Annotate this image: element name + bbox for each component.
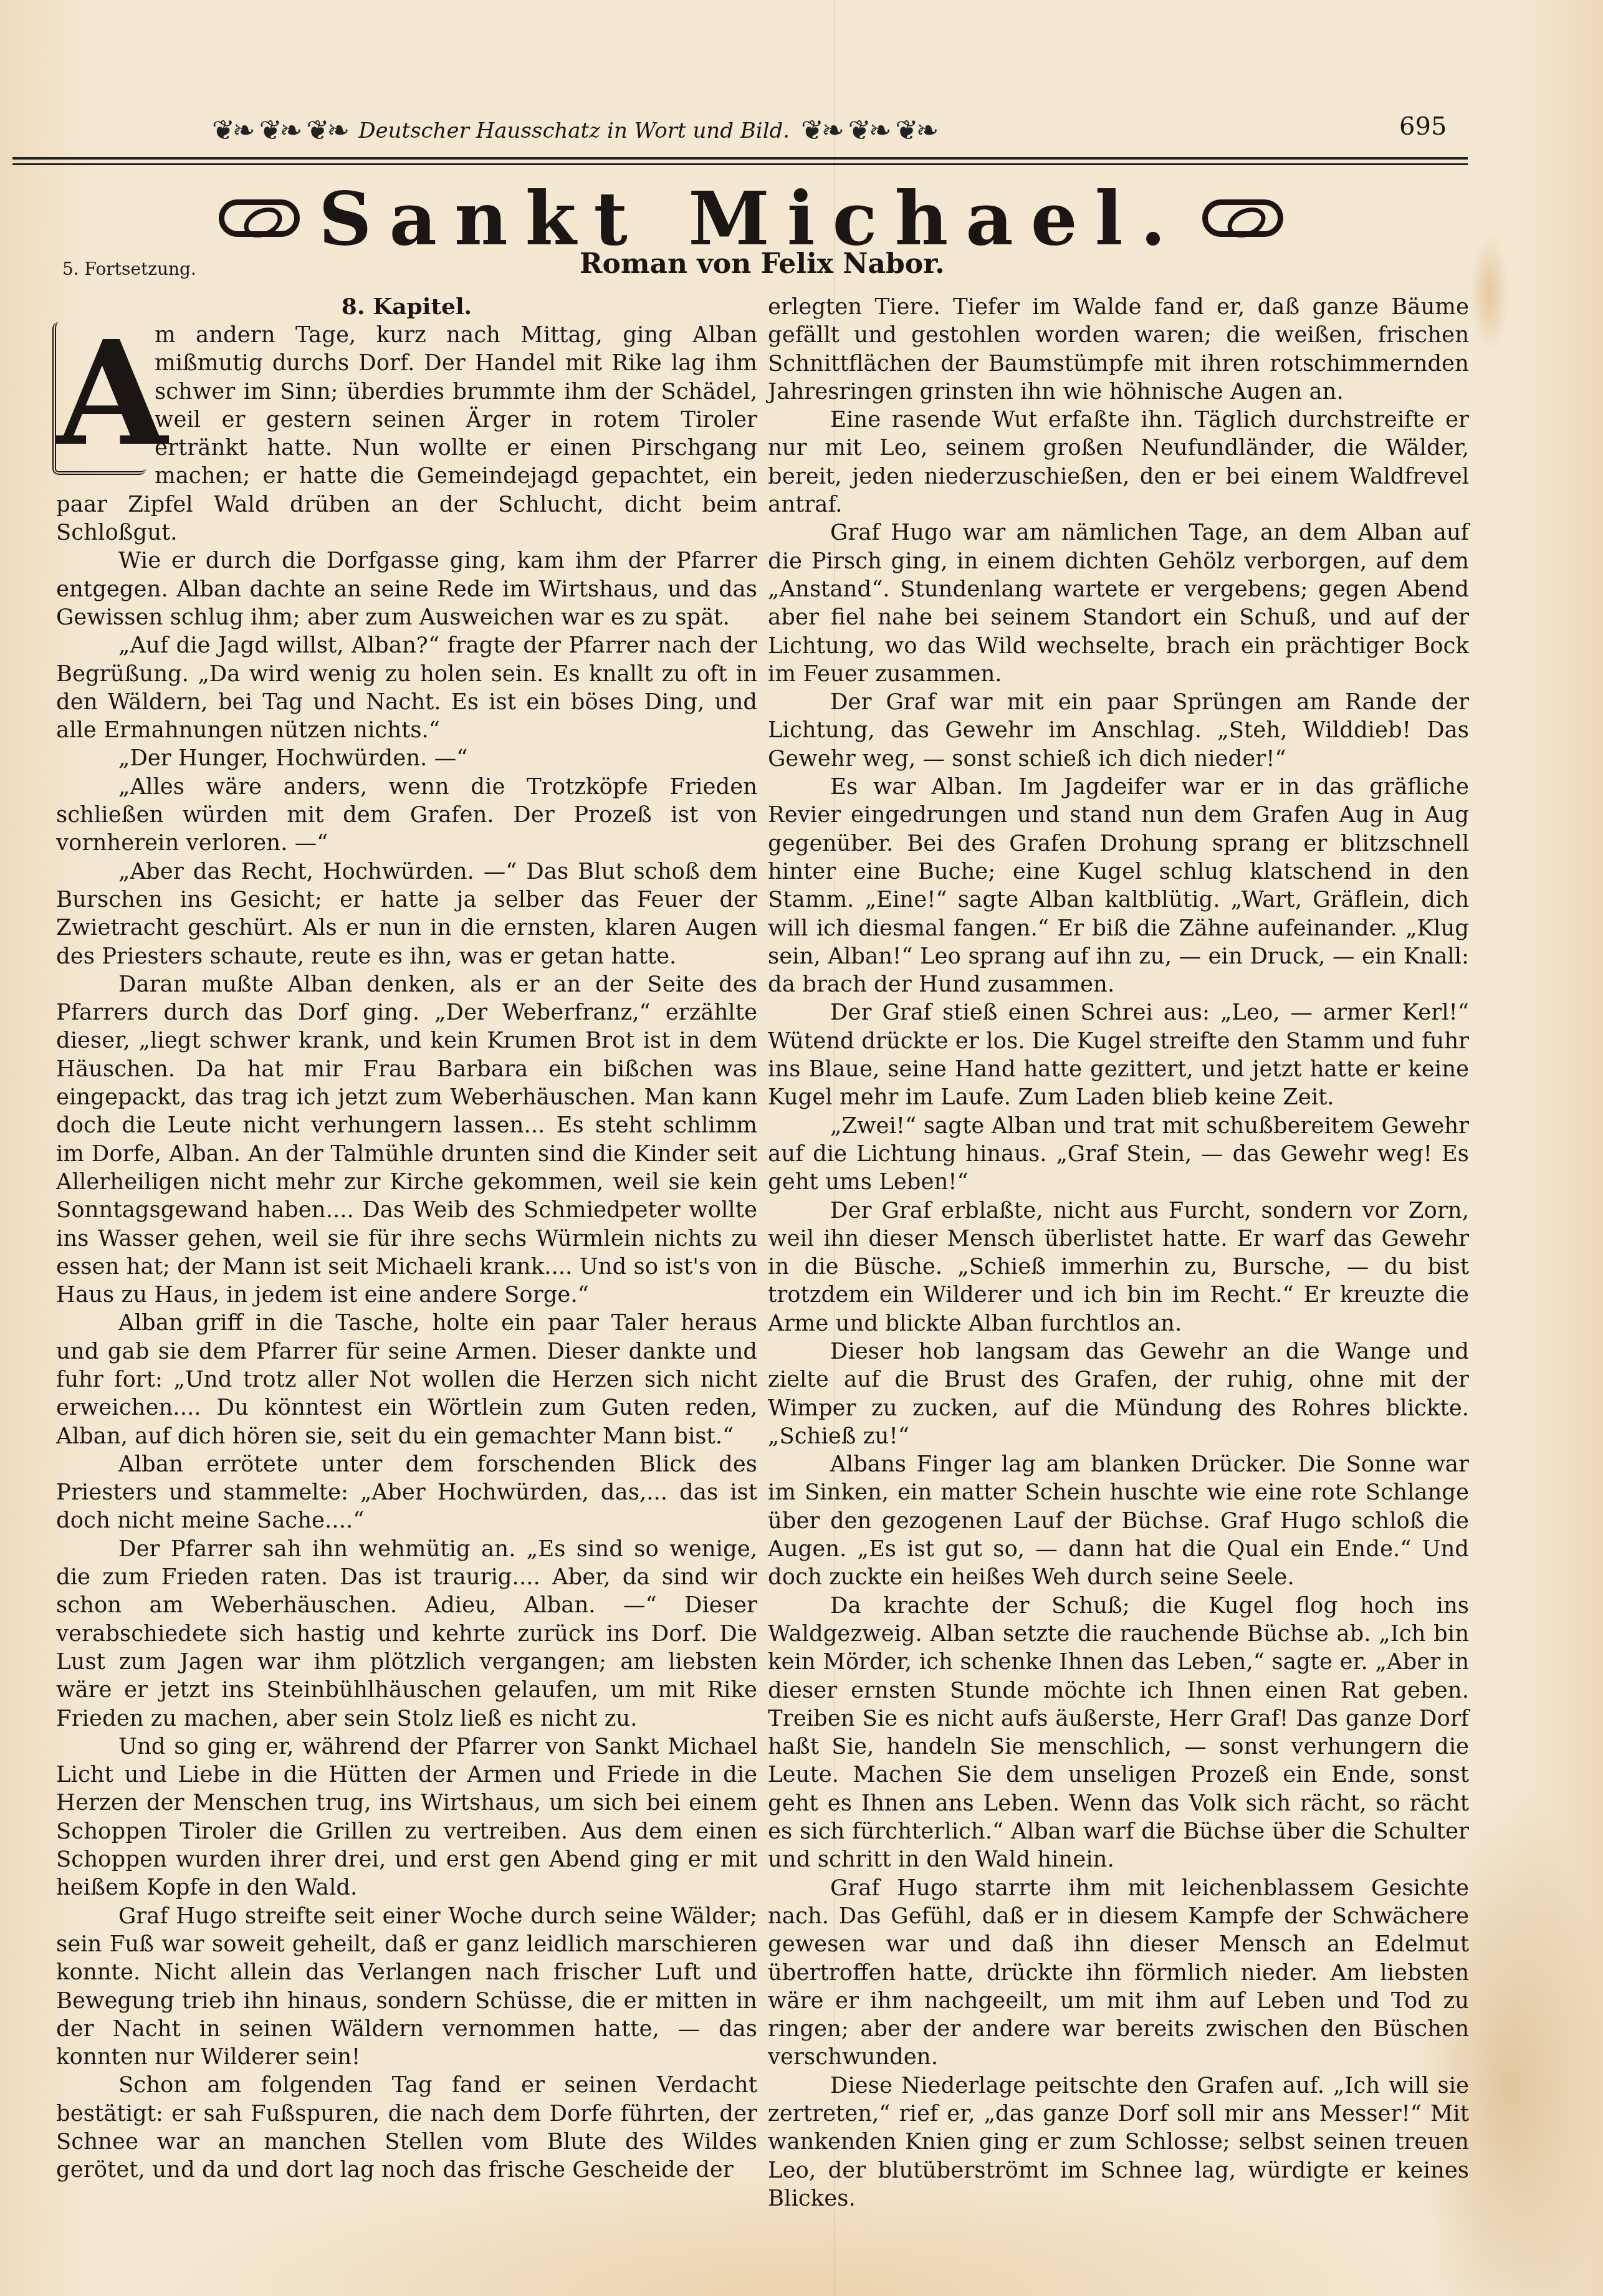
continuation-paragraph: erlegten Tiere. Tiefer im Walde fand er,…: [768, 293, 1469, 406]
ornament-right-icon: ❦❧ ❦❧ ❦❧: [801, 117, 936, 145]
installment-label: 5. Fortsetzung.: [62, 259, 196, 279]
paragraph: „Aber das Recht, Hochwürden. —“ Das Blut…: [56, 858, 757, 970]
journal-title: Deutscher Hausschatz in Wort und Bild.: [358, 118, 790, 143]
paragraph: Es war Alban. Im Jagdeifer war er in das…: [768, 773, 1469, 998]
page-number: 695: [1399, 112, 1447, 141]
running-header: ❦❧ ❦❧ ❦❧ Deutscher Hausschatz in Wort un…: [212, 112, 1458, 150]
paragraph: Graf Hugo starrte ihm mit leichenblassem…: [768, 1874, 1469, 2072]
first-paragraph: Am andern Tage, kurz nach Mittag, ging A…: [56, 321, 757, 547]
paragraph: Dieser hob langsam das Gewehr an die Wan…: [768, 1337, 1469, 1450]
paragraph: Der Graf erblaßte, nicht aus Furcht, son…: [768, 1197, 1469, 1337]
paragraph: Albans Finger lag am blanken Drücker. Di…: [768, 1450, 1469, 1591]
paragraph: Graf Hugo streifte seit einer Woche durc…: [56, 1902, 757, 2072]
knot-ornament-left-icon: [219, 199, 300, 237]
paragraph: Alban errötete unter dem forschenden Bli…: [56, 1450, 757, 1535]
knot-ornament-right-icon: [1202, 199, 1283, 237]
paragraph: „Der Hunger, Hochwürden. —“: [56, 744, 757, 772]
paragraph: Da krachte der Schuß; die Kugel flog hoc…: [768, 1592, 1469, 1874]
paragraph: Der Graf war mit ein paar Sprüngen am Ra…: [768, 688, 1469, 773]
first-paragraph-text: m andern Tage, kurz nach Mittag, ging Al…: [56, 322, 757, 545]
right-column: erlegten Tiere. Tiefer im Walde fand er,…: [768, 293, 1469, 2212]
paragraph: Daran mußte Alban denken, als er an der …: [56, 970, 757, 1309]
paragraph: Und so ging er, während der Pfarrer von …: [56, 1733, 757, 1902]
paragraph: Wie er durch die Dorfgasse ging, kam ihm…: [56, 547, 757, 631]
paragraph: Diese Niederlage peitschte den Grafen au…: [768, 2072, 1469, 2212]
paragraph: Schon am folgenden Tag fand er seinen Ve…: [56, 2071, 757, 2184]
byline: Roman von Felix Nabor.: [580, 248, 945, 280]
header-rule-top: [12, 157, 1468, 160]
left-column: 8. Kapitel. Am andern Tage, kurz nach Mi…: [56, 293, 757, 2184]
paragraph: Der Graf stieß einen Schrei aus: „Leo, —…: [768, 998, 1469, 1111]
paragraph: „Zwei!“ sagte Alban und trat mit schußbe…: [768, 1112, 1469, 1197]
ornament-left-icon: ❦❧ ❦❧ ❦❧: [212, 117, 347, 145]
paragraph: „Auf die Jagd willst, Alban?“ fragte der…: [56, 631, 757, 744]
paragraph: Eine rasende Wut erfaßte ihn. Täglich du…: [768, 406, 1469, 519]
paragraph: Alban griff in die Tasche, holte ein paa…: [56, 1309, 757, 1450]
paragraph: Graf Hugo war am nämlichen Tage, an dem …: [768, 519, 1469, 688]
header-rule-bottom: [12, 163, 1468, 165]
paragraph: Der Pfarrer sah ihn wehmütig an. „Es sin…: [56, 1535, 757, 1733]
paragraph: „Alles wäre anders, wenn die Trotzköpfe …: [56, 773, 757, 858]
drop-cap: A: [52, 322, 146, 475]
